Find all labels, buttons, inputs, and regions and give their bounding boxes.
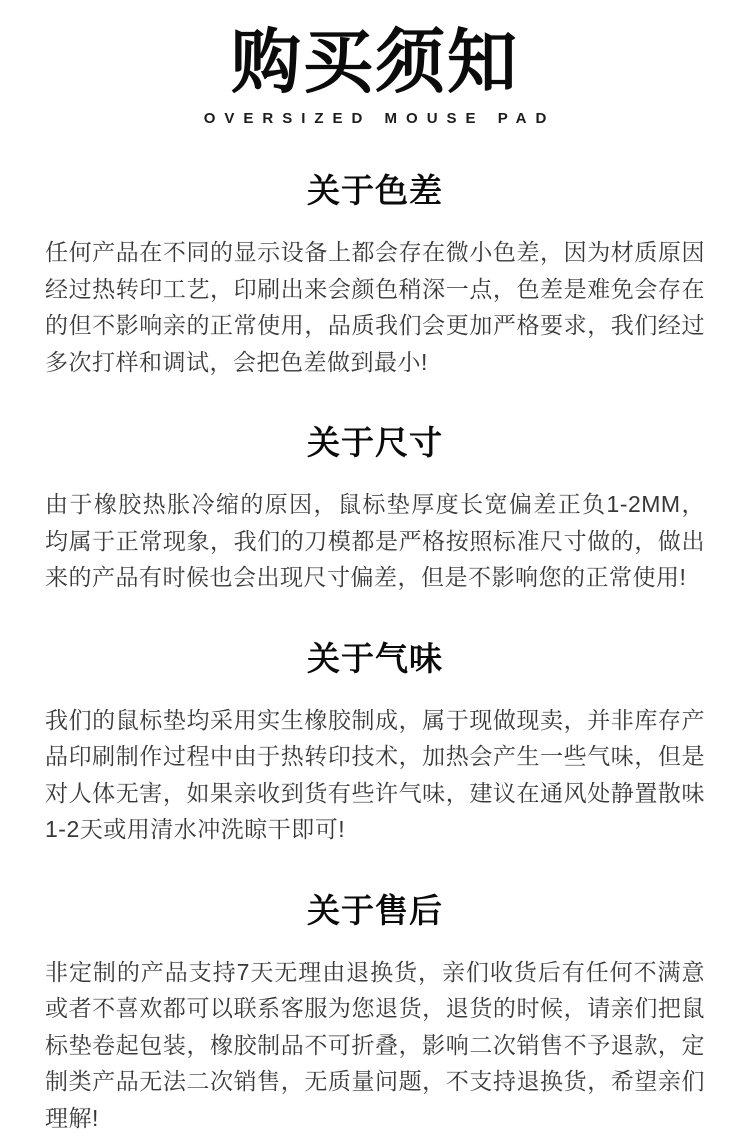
page-title: 购买须知	[45, 24, 705, 100]
section-after-sales: 关于售后 非定制的产品支持7天无理由退换货，亲们收货后有任何不满意或者不喜欢都可…	[45, 892, 705, 1137]
section-color-difference: 关于色差 任何产品在不同的显示设备上都会存在微小色差，因为材质原因经过热转印工艺…	[45, 172, 705, 380]
section-body-color-difference: 任何产品在不同的显示设备上都会存在微小色差，因为材质原因经过热转印工艺，印刷出来…	[45, 234, 705, 380]
section-size: 关于尺寸 由于橡胶热胀冷缩的原因，鼠标垫厚度长宽偏差正负1-2MM，均属于正常现…	[45, 424, 705, 596]
section-body-smell: 我们的鼠标垫均采用实生橡胶制成，属于现做现卖，并非库存产品印刷制作过程中由于热转…	[45, 702, 705, 848]
section-smell: 关于气味 我们的鼠标垫均采用实生橡胶制成，属于现做现卖，并非库存产品印刷制作过程…	[45, 640, 705, 848]
section-body-after-sales: 非定制的产品支持7天无理由退换货，亲们收货后有任何不满意或者不喜欢都可以联系客服…	[45, 954, 705, 1137]
section-heading-smell: 关于气味	[45, 640, 705, 678]
page-subtitle: OVERSIZED MOUSE PAD	[45, 110, 705, 128]
section-body-size: 由于橡胶热胀冷缩的原因，鼠标垫厚度长宽偏差正负1-2MM，均属于正常现象，我们的…	[45, 486, 705, 596]
section-heading-size: 关于尺寸	[45, 424, 705, 462]
page-header: 购买须知 OVERSIZED MOUSE PAD	[45, 24, 705, 128]
section-heading-color-difference: 关于色差	[45, 172, 705, 210]
purchase-notice-page: 购买须知 OVERSIZED MOUSE PAD 关于色差 任何产品在不同的显示…	[0, 0, 750, 1138]
section-heading-after-sales: 关于售后	[45, 892, 705, 930]
